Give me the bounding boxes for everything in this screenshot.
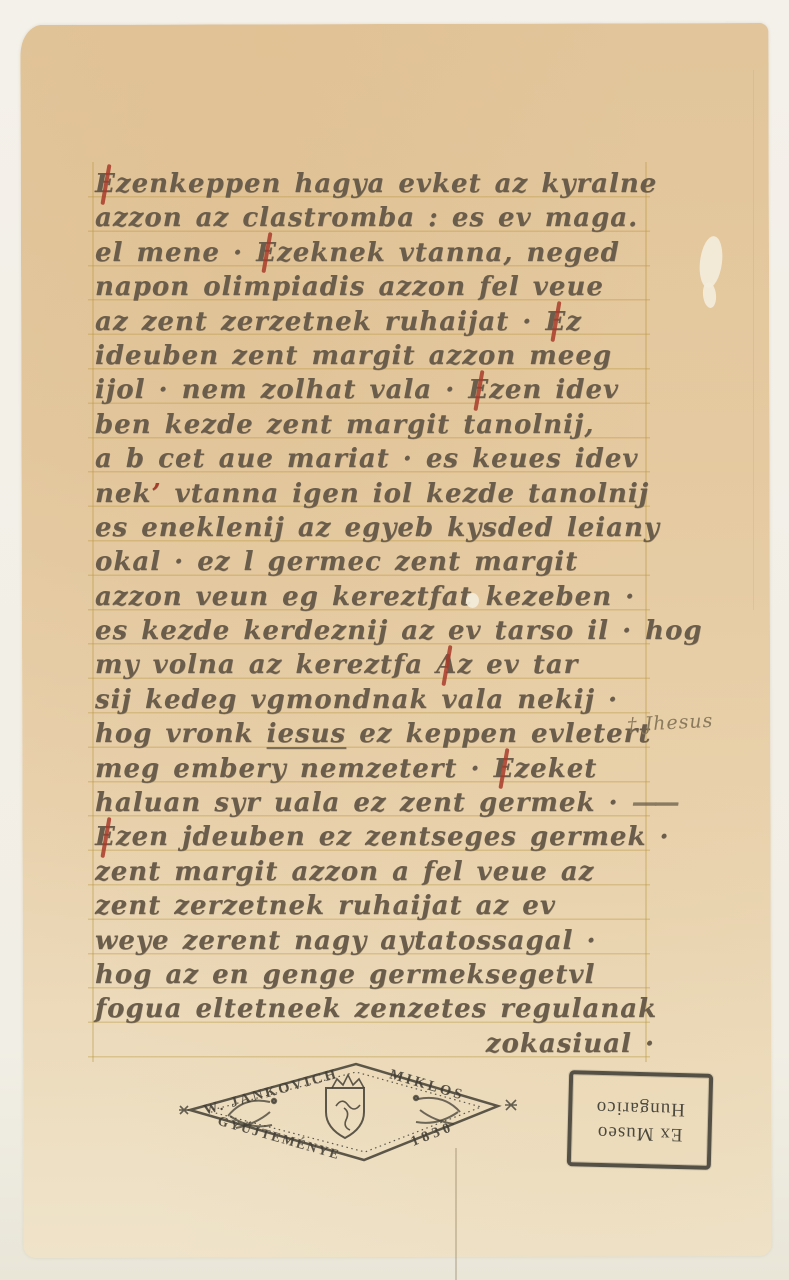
manuscript-segment: zen idev [489, 375, 619, 405]
stamp-shield-crest [326, 1075, 364, 1138]
manuscript-line: a b cet aue mariat · es keues idev [95, 442, 655, 476]
manuscript-line: az zent zerzetnek ruhaijat · Ez [95, 305, 655, 339]
manuscript-segment: fogua eltetneek zenzetes regulanak [95, 994, 657, 1024]
manuscript-line: ben kezde zent margit tanolnij, [95, 408, 655, 442]
damage-spot [466, 593, 479, 608]
manuscript-segment: sij kedeg vgmondnak vala nekij · [95, 685, 618, 715]
manuscript-segment: zen jdeuben ez zentseges germek · [116, 822, 670, 852]
manuscript-segment-rubric: E [468, 373, 489, 407]
manuscript-segment: ez keppen evletert [346, 719, 651, 749]
manuscript-segment-rubric: A [436, 648, 457, 682]
manuscript-line: ideuben zent margit azzon meeg [95, 339, 655, 373]
manuscript-segment: my volna az kereztfa [95, 650, 436, 680]
manuscript-segment: haluan syr uala ez zent germek · [95, 788, 632, 818]
manuscript-line: Ezen jdeuben ez zentseges germek · [95, 820, 655, 854]
stamp-outer-border [190, 1064, 498, 1160]
manuscript-segment: a b cet aue mariat · es keues idev [95, 444, 638, 474]
jankovich-collection-stamp: W. JANKOVICH MIKLOS GYÜJTEMÉNYE 1830 [176, 1056, 528, 1168]
manuscript-line: es eneklenij az egyeb kysded leiany [95, 511, 655, 545]
manuscript-segment: vtanna igen iol kezde tanolnij [162, 479, 650, 509]
manuscript-segment-rubric: E [494, 752, 515, 786]
manuscript-segment: az zent zerzetnek ruhaijat · [95, 307, 545, 337]
manuscript-line: fogua eltetneek zenzetes regulanak [95, 992, 655, 1026]
manuscript-line: el mene · Ezeknek vtanna, neged [95, 236, 655, 270]
manuscript-line: azzon az clastromba : es ev maga. [95, 201, 655, 235]
paper-crease [753, 70, 754, 610]
manuscript-segment-rubric: E [545, 305, 566, 339]
manuscript-line: zent zerzetnek ruhaijat az ev [95, 889, 655, 923]
manuscript-line: ijol · nem zolhat vala · Ezen idev [95, 373, 655, 407]
manuscript-segment-rubric: E [95, 820, 116, 854]
manuscript-line: hog vronk iesus ez keppen evletert [95, 717, 655, 751]
manuscript-segment: zent zerzetnek ruhaijat az ev [95, 891, 556, 921]
manuscript-segment: hog az en genge germeksegetvl [95, 960, 595, 990]
manuscript-segment-rubric: E [256, 236, 277, 270]
manuscript-segment: ben kezde zent margit tanolnij, [95, 410, 594, 440]
marginal-note-jhesus: † Jhesus [626, 710, 713, 736]
manuscript-line: hog az en genge germeksegetvl [95, 958, 655, 992]
manuscript-line: napon olimpiadis azzon fel veue [95, 270, 655, 304]
manuscript-segment: hog vronk [95, 719, 267, 749]
manuscript-segment: weye zerent nagy aytatossagal · [95, 926, 597, 956]
manuscript-segment: ijol · nem zolhat vala · [95, 375, 468, 405]
manuscript-segment: meg embery nemzetert · [95, 754, 494, 784]
manuscript-segment: zent margit azzon a fel veue az [95, 857, 594, 887]
manuscript-line: es kezde kerdeznij az ev tarso il · hog [95, 614, 655, 648]
manuscript-line: haluan syr uala ez zent germek · —— [95, 786, 655, 820]
manuscript-segment: es kezde kerdeznij az ev tarso il · hog [95, 616, 703, 646]
manuscript-segment: zeket [514, 754, 597, 784]
manuscript-line: sij kedeg vgmondnak vala nekij · [95, 683, 655, 717]
museum-stamp-line2: Hungarico [595, 1094, 685, 1121]
manuscript-segment-rubric: E [95, 167, 116, 201]
manuscript-text-block: Ezenkeppen hagya evket az kyralneazzon a… [95, 167, 655, 1061]
manuscript-line: weye zerent nagy aytatossagal · [95, 924, 655, 958]
manuscript-segment: z ev tar [457, 650, 578, 680]
manuscript-segment-red: ’ [151, 479, 161, 509]
manuscript-segment: el mene · [95, 238, 256, 268]
stamp-text-collection: GYÜJTEMÉNYE [216, 1113, 342, 1162]
manuscript-line: my volna az kereztfa Az ev tar [95, 648, 655, 682]
manuscript-line: okal · ez l germec zent margit [95, 545, 655, 579]
manuscript-segment: azzon az clastromba : es ev maga. [95, 203, 638, 233]
manuscript-line: Ezenkeppen hagya evket az kyralne [95, 167, 655, 201]
manuscript-line: meg embery nemzetert · Ezeket [95, 752, 655, 786]
manuscript-line: azzon veun eg kereztfat kezeben · [95, 580, 655, 614]
manuscript-segment-underline: iesus [267, 719, 347, 749]
manuscript-segment: z [566, 307, 582, 337]
manuscript-segment: zeknek vtanna, neged [277, 238, 620, 268]
manuscript-segment: ideuben zent margit azzon meeg [95, 341, 612, 371]
manuscript-segment: zokasiual · [486, 1029, 655, 1059]
manuscript-segment: nek [95, 479, 151, 509]
stamp-text-jankovich: W. JANKOVICH [202, 1066, 340, 1119]
museum-stamp-line1: Ex Museo [595, 1119, 685, 1146]
manuscript-segment: okal · ez l germec zent margit [95, 547, 578, 577]
manuscript-segment: es eneklenij az egyeb kysded leiany [95, 513, 660, 543]
ex-museo-hungarico-stamp: Ex Museo Hungarico [567, 1070, 713, 1170]
manuscript-line: zent margit azzon a fel veue az [95, 855, 655, 889]
manuscript-segment: azzon veun eg kereztfat kezeben · [95, 582, 635, 612]
left-margin-rule [92, 162, 94, 1062]
manuscript-segment: zenkeppen hagya evket az kyralne [116, 169, 657, 199]
manuscript-segment-dash: —— [632, 788, 676, 818]
manuscript-segment: napon olimpiadis azzon fel veue [95, 272, 604, 302]
manuscript-line: nek’ vtanna igen iol kezde tanolnij [95, 477, 655, 511]
